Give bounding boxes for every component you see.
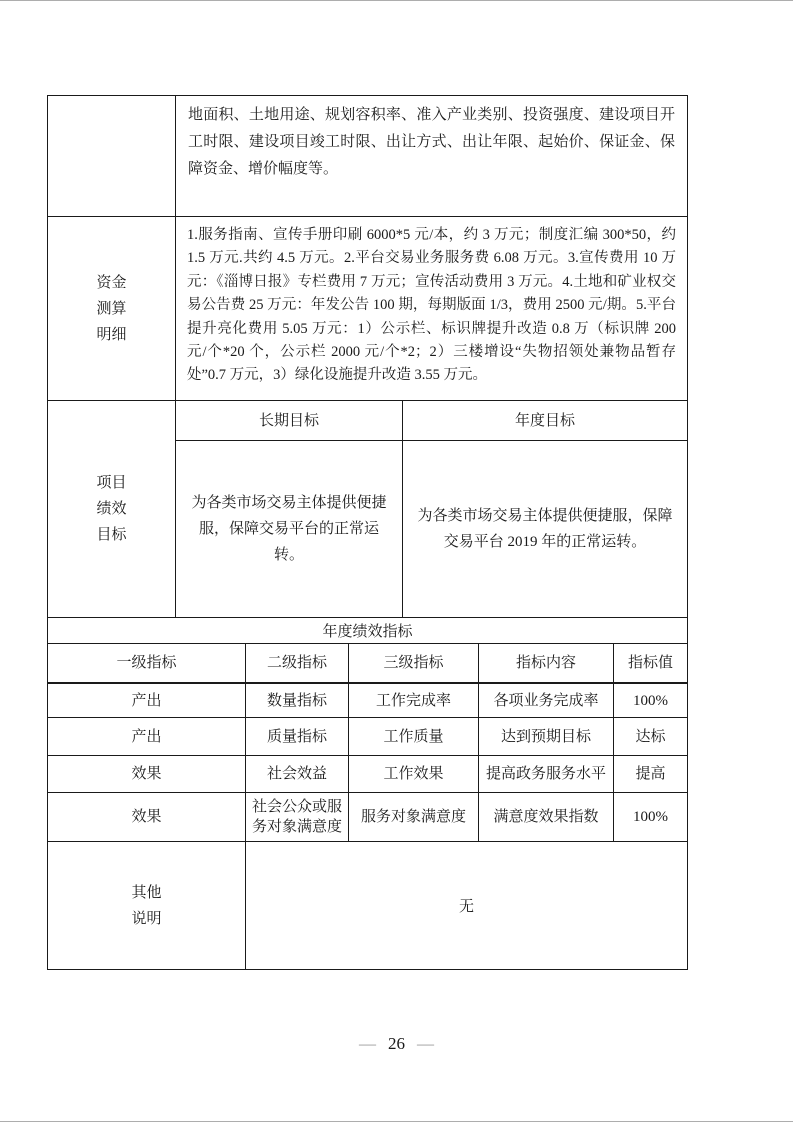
footer-dash-left: — [359, 1034, 376, 1053]
indicator-cell: 效果 [48, 793, 246, 841]
indicator-cell: 提高政务服务水平 [479, 756, 614, 792]
project-goal-label: 项目 绩效 目标 [48, 401, 176, 617]
land-terms-cell: 地面积、土地用途、规划容积率、准入产业类别、投资强度、建设项目开工时限、建设项目… [176, 96, 687, 216]
indicator-cell: 提高 [614, 756, 687, 792]
indicator-cell: 数量指标 [246, 684, 349, 717]
indicator-row: 产出 数量指标 工作完成率 各项业务完成率 100% [48, 684, 687, 718]
indicator-row: 效果 社会公众或服务对象满意度 服务对象满意度 满意度效果指数 100% [48, 793, 687, 842]
header-level3: 三级指标 [349, 644, 479, 682]
fund-calc-cell: 1.服务指南、宣传手册印刷 6000*5 元/本，约 3 万元；制度汇编 300… [176, 217, 687, 400]
fund-calc-label: 资金 测算 明细 [48, 217, 176, 400]
indicator-cell: 社会公众或服务对象满意度 [246, 793, 349, 841]
indicator-cell: 质量指标 [246, 718, 349, 755]
indicator-cell: 产出 [48, 718, 246, 755]
indicator-cell: 工作完成率 [349, 684, 479, 717]
indicator-cell: 工作效果 [349, 756, 479, 792]
annual-goal-text: 为各类市场交易主体提供便捷服，保障交易平台 2019 年的正常运转。 [403, 441, 687, 617]
indicator-cell: 产出 [48, 684, 246, 717]
long-term-goal-text: 为各类市场交易主体提供便捷服，保障交易平台的正常运转。 [176, 441, 403, 617]
header-level1: 一级指标 [48, 644, 246, 682]
indicator-cell: 各项业务完成率 [479, 684, 614, 717]
indicator-cell: 工作质量 [349, 718, 479, 755]
indicator-cell: 社会效益 [246, 756, 349, 792]
other-notes-value: 无 [246, 842, 687, 969]
indicator-cell: 效果 [48, 756, 246, 792]
indicator-cell: 达标 [614, 718, 687, 755]
annual-indicators-title: 年度绩效指标 [48, 618, 687, 644]
page-footer: —26— [0, 1034, 793, 1054]
empty-label-cell [48, 96, 176, 216]
indicator-header-row: 一级指标 二级指标 三级指标 指标内容 指标值 [48, 644, 687, 684]
header-content: 指标内容 [479, 644, 614, 682]
land-terms-text: 地面积、土地用途、规划容积率、准入产业类别、投资强度、建设项目开工时限、建设项目… [176, 96, 687, 183]
other-notes-row: 其他 说明 无 [48, 842, 687, 969]
long-term-goal-header: 长期目标 [176, 401, 403, 441]
other-notes-label: 其他 说明 [48, 842, 246, 969]
budget-performance-table: 地面积、土地用途、规划容积率、准入产业类别、投资强度、建设项目开工时限、建设项目… [47, 95, 688, 970]
annual-goal-header: 年度目标 [403, 401, 687, 441]
indicator-cell: 达到预期目标 [479, 718, 614, 755]
header-value: 指标值 [614, 644, 687, 682]
table-row: 项目 绩效 目标 长期目标 年度目标 为各类市场交易主体提供便捷服，保障交易平台… [48, 401, 687, 618]
footer-dash-right: — [417, 1034, 434, 1053]
indicator-cell: 服务对象满意度 [349, 793, 479, 841]
goal-grid: 长期目标 年度目标 为各类市场交易主体提供便捷服，保障交易平台的正常运转。 为各… [176, 401, 687, 617]
indicator-row: 产出 质量指标 工作质量 达到预期目标 达标 [48, 718, 687, 756]
table-row: 地面积、土地用途、规划容积率、准入产业类别、投资强度、建设项目开工时限、建设项目… [48, 96, 687, 217]
document-page: 地面积、土地用途、规划容积率、准入产业类别、投资强度、建设项目开工时限、建设项目… [0, 0, 793, 1122]
indicator-cell: 100% [614, 684, 687, 717]
indicator-cell: 满意度效果指数 [479, 793, 614, 841]
page-top-edge [0, 0, 793, 1]
indicator-cell: 100% [614, 793, 687, 841]
fund-calc-text: 1.服务指南、宣传手册印刷 6000*5 元/本，约 3 万元；制度汇编 300… [176, 217, 687, 388]
page-number: 26 [388, 1034, 405, 1053]
table-row: 资金 测算 明细 1.服务指南、宣传手册印刷 6000*5 元/本，约 3 万元… [48, 217, 687, 401]
indicator-row: 效果 社会效益 工作效果 提高政务服务水平 提高 [48, 756, 687, 793]
header-level2: 二级指标 [246, 644, 349, 682]
